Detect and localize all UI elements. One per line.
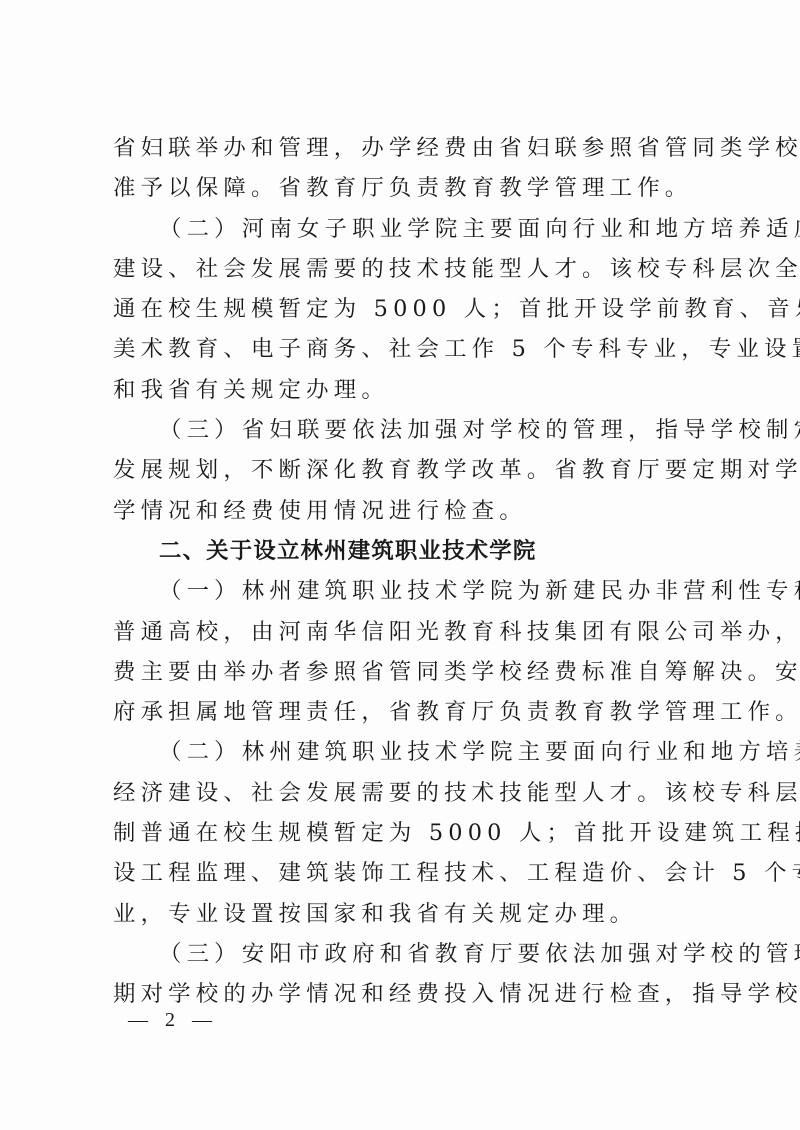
- text-line: 和我省有关规定办理。: [113, 373, 703, 413]
- text-line: 发展规划，不断深化教育教学改革。省教育厅要定期对学校的办: [113, 453, 703, 493]
- document-page: 省妇联举办和管理，办学经费由省妇联参照省管同类学校经费标 准予以保障。省教育厅负…: [0, 0, 800, 1130]
- document-body: 省妇联举办和管理，办学经费由省妇联参照省管同类学校经费标 准予以保障。省教育厅负…: [113, 131, 703, 1018]
- text-line: 准予以保障。省教育厅负责教育教学管理工作。: [113, 171, 703, 211]
- text-line: 学情况和经费使用情况进行检查。: [113, 494, 703, 534]
- text-line: 建设、社会发展需要的技术技能型人才。该校专科层次全日制普: [113, 252, 703, 292]
- text-line: 制普通在校生规模暂定为 5000 人；首批开设建筑工程技术、建: [113, 816, 703, 856]
- paragraph-start-line: （一）林州建筑职业技术学院为新建民办非营利性专科层次: [113, 574, 703, 614]
- text-line: 设工程监理、建筑装饰工程技术、工程造价、会计 5 个专科专: [113, 856, 703, 896]
- text-line: 业，专业设置按国家和我省有关规定办理。: [113, 897, 703, 937]
- text-line: 省妇联举办和管理，办学经费由省妇联参照省管同类学校经费标: [113, 131, 703, 171]
- paragraph-start-line: （三）省妇联要依法加强对学校的管理，指导学校制定总体: [113, 413, 703, 453]
- text-line: 费主要由举办者参照省管同类学校经费标准自筹解决。安阳市政: [113, 655, 703, 695]
- paragraph-start-line: （二）河南女子职业学院主要面向行业和地方培养适应经济: [113, 212, 703, 252]
- text-line: 普通高校，由河南华信阳光教育科技集团有限公司举办，办学经: [113, 615, 703, 655]
- text-line: 府承担属地管理责任，省教育厅负责教育教学管理工作。: [113, 695, 703, 735]
- paragraph-start-line: （二）林州建筑职业技术学院主要面向行业和地方培养适应: [113, 735, 703, 775]
- text-line: 通在校生规模暂定为 5000 人；首批开设学前教育、音乐教育、: [113, 292, 703, 332]
- section-heading: 二、关于设立林州建筑职业技术学院: [113, 534, 703, 574]
- text-line: 经济建设、社会发展需要的技术技能型人才。该校专科层次全日: [113, 776, 703, 816]
- page-number: — 2 —: [128, 1009, 218, 1032]
- paragraph-start-line: （三）安阳市政府和省教育厅要依法加强对学校的管理，定: [113, 937, 703, 977]
- text-line: 美术教育、电子商务、社会工作 5 个专科专业，专业设置按国家: [113, 332, 703, 372]
